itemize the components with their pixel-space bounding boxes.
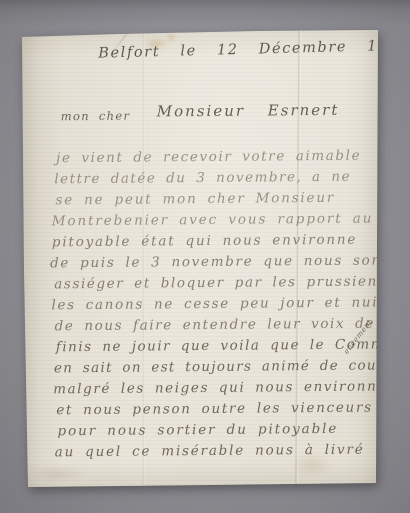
handwriting-line: je vient de recevoir votre aimable (56, 148, 361, 167)
handwriting-line: de nous faire entendre leur voix de (55, 316, 375, 335)
letter-dateline: Belfort le 12 Décembre 1870 (98, 37, 410, 61)
letter-salutation-opening: mon cher (61, 109, 131, 124)
paper-shadow-wrap: Belfort le 12 Décembre 1870 mon cher Mon… (0, 0, 410, 513)
handwriting-line: pour nous sortier du pitoyable (57, 421, 338, 439)
handwriting-line: Montrebenier avec vous rapport au (52, 211, 374, 230)
handwriting-line: de puis le 3 novembre que nous somme (50, 252, 410, 271)
handwriting-line: assiéger et bloquer par les prussiens (54, 273, 386, 292)
handwriting-line: finis ne jouir que voila que le Comm (56, 336, 385, 355)
handwriting-line: se ne peut mon cher Monsieur (55, 190, 335, 208)
letter-text: Belfort le 12 Décembre 1870 mon cher Mon… (0, 0, 410, 513)
handwriting-line: les canons ne cesse peu jour et nuit (51, 294, 385, 313)
handwriting-line: lettre datée du 3 novembre, a ne (54, 169, 351, 188)
letter-paper: Belfort le 12 Décembre 1870 mon cher Mon… (0, 0, 410, 513)
letter-salutation-addressee: Monsieur Esrnert (157, 101, 340, 121)
handwriting-line: malgré les neiges qui nous environne (53, 378, 387, 397)
handwriting-line: pitoyable état qui nous environne (52, 232, 357, 251)
handwriting-line: au quel ce misérable nous à livré (55, 442, 365, 461)
handwriting-line: et nous penson outre les vienceurs (56, 400, 373, 419)
handwriting-line: en sait on est toujours animé de courage (54, 357, 410, 376)
photograph-background: Belfort le 12 Décembre 1870 mon cher Mon… (0, 0, 410, 513)
